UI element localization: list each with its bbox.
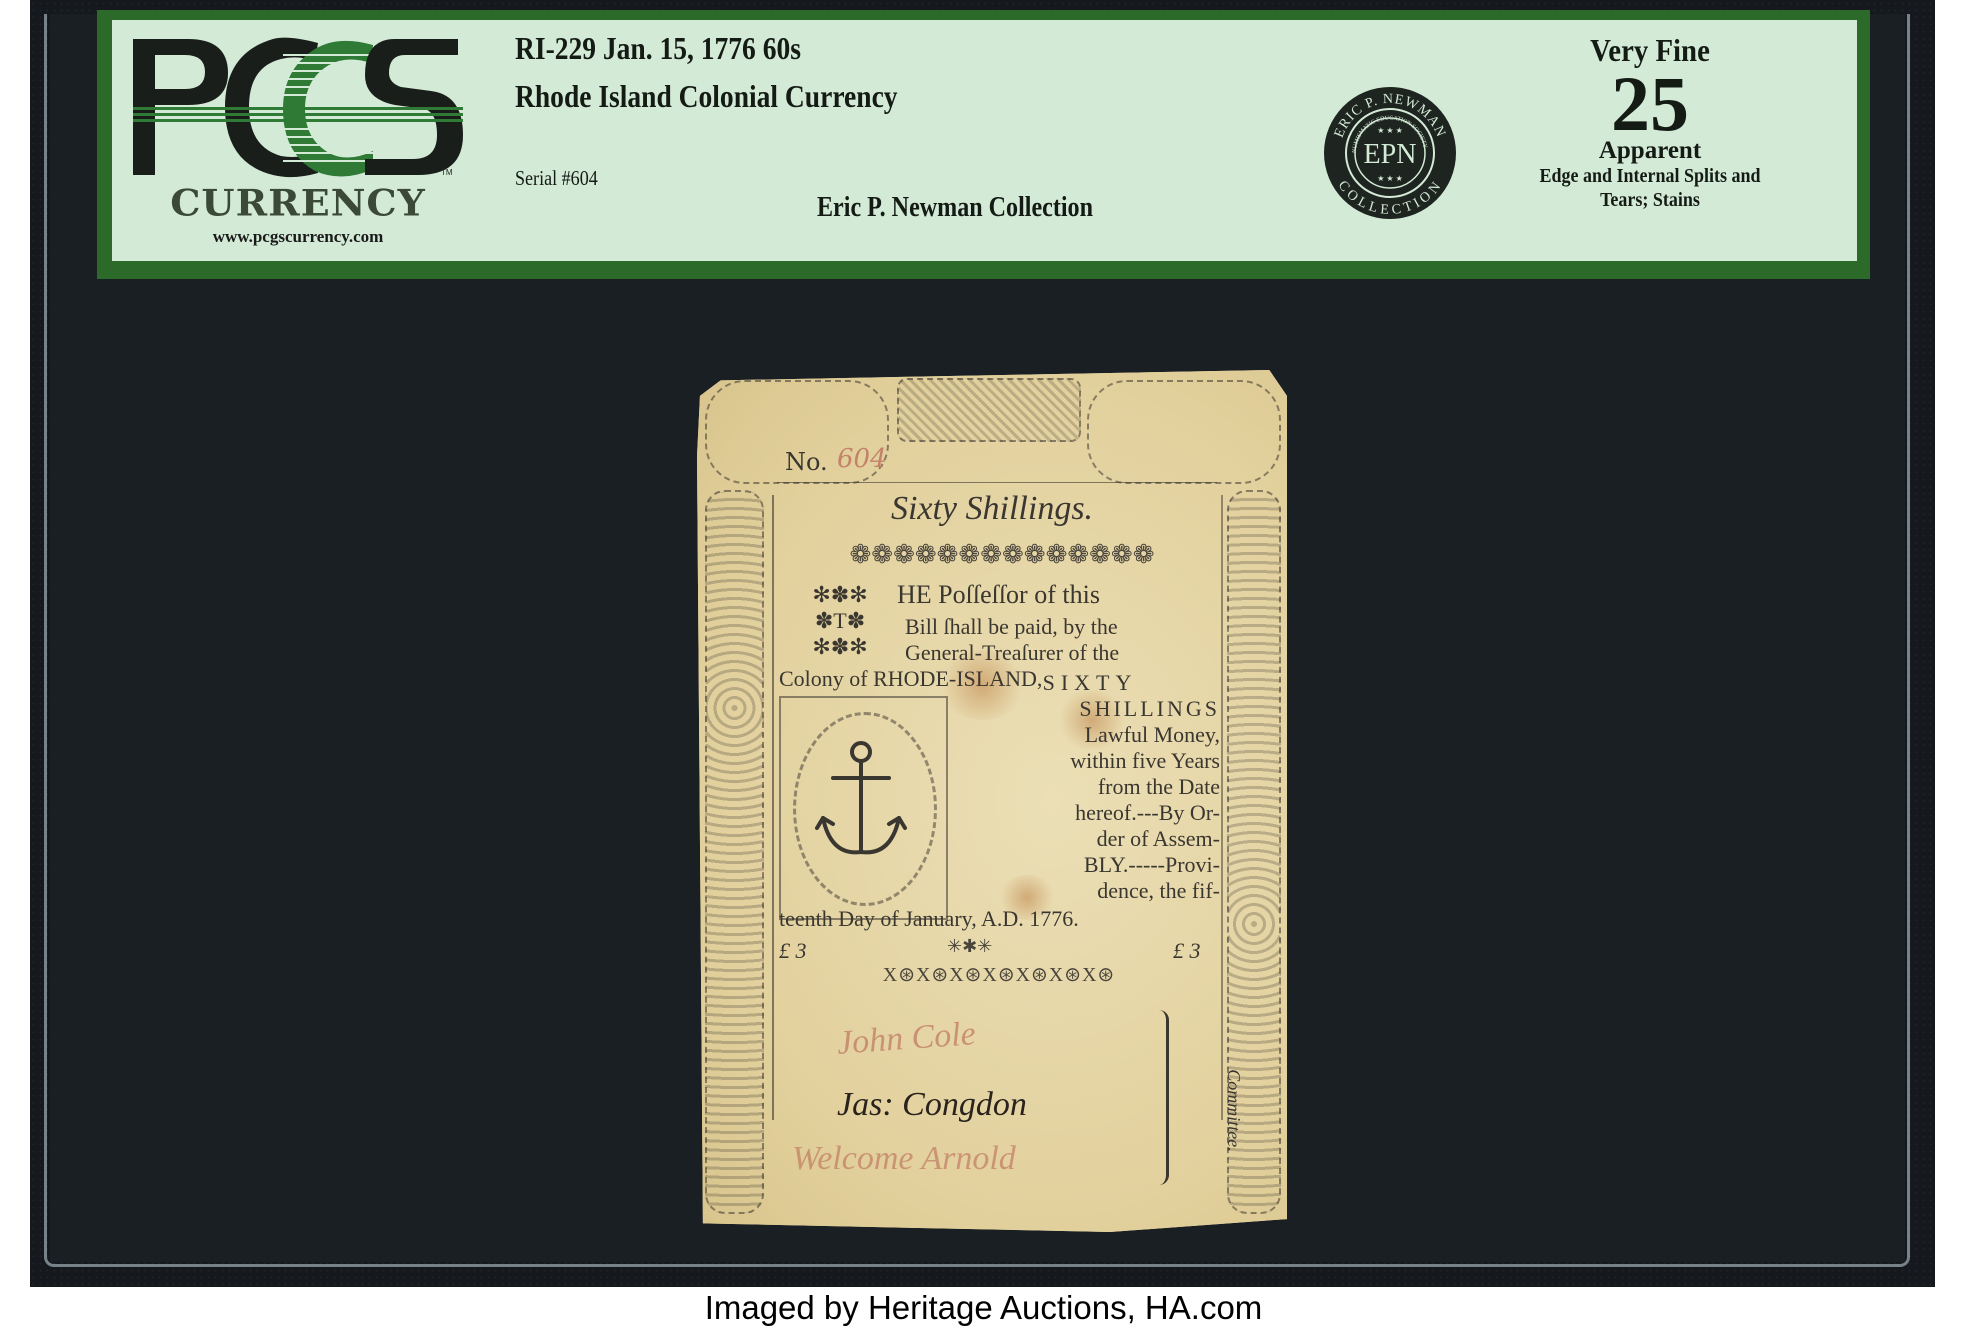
note-text-line: General-Treaſurer of the — [905, 640, 1119, 666]
note-text-line: dence, the fif- — [960, 878, 1220, 904]
banknote: No. 604 Sixty Shillings. ❁❁❁❁❁❁❁❁❁❁❁❁❁❁ … — [697, 370, 1287, 1232]
rule-line — [777, 482, 1217, 483]
signature: Jas: Congdon — [837, 1086, 1027, 1124]
note-number-label: No. — [785, 448, 828, 476]
pedigree-text: Eric P. Newman Collection — [817, 192, 1093, 224]
value-right: £ 3 — [1173, 938, 1201, 964]
catalog-title: RI-229 Jan. 15, 1776 60s — [515, 30, 801, 67]
signature: Welcome Arnold — [792, 1140, 1016, 1178]
note-date-line: teenth Day of January, A.D. 1776. — [779, 906, 1079, 932]
note-text-line: SHILLINGS — [960, 696, 1220, 722]
image-credit-caption: Imaged by Heritage Auctions, HA.com — [0, 1287, 1967, 1329]
logo-url: www.pcgscurrency.com — [133, 227, 463, 247]
rule-line — [1221, 495, 1223, 1120]
brace-bracket — [1152, 1010, 1169, 1185]
note-text-line: Bill ſhall be paid, by the — [905, 614, 1118, 640]
ornament-row: ✻✽✻ — [785, 582, 895, 608]
grade-number: 25 — [1480, 70, 1820, 138]
grade-qualifier: Apparent — [1480, 138, 1820, 164]
anchor-icon — [811, 738, 911, 868]
signature: John Cole — [836, 1015, 977, 1063]
grade-block: Very Fine 25 Apparent Edge and Internal … — [1480, 32, 1820, 212]
grade-comment-line2: Tears; Stains — [1497, 188, 1803, 212]
border-vine-icon — [705, 490, 764, 1214]
svg-text:EPN: EPN — [1364, 139, 1417, 170]
note-text-line: HE Poſſeſſor of this — [897, 580, 1100, 610]
pcgs-logo: TM CURRENCY www.pcgscurrency.com — [133, 35, 463, 250]
drop-cap-ornament: ✻✽✻ ✽T✽ ✻✽✻ — [785, 582, 895, 662]
value-left: £ 3 — [779, 938, 807, 964]
svg-text:★ ★ ★: ★ ★ ★ — [1377, 126, 1403, 135]
note-denomination: Sixty Shillings. — [697, 490, 1287, 528]
serial-number: Serial #604 — [515, 166, 598, 191]
note-text-line: within five Years — [960, 748, 1220, 774]
note-number-handwritten: 604 — [837, 444, 887, 474]
grade-word: Very Fine — [1497, 32, 1803, 68]
note-text-line: from the Date — [960, 774, 1220, 800]
note-text-line: der of Assem- — [960, 826, 1220, 852]
grade-comment-line1: Edge and Internal Splits and — [1497, 164, 1803, 188]
rosette-row-icon: ❁❁❁❁❁❁❁❁❁❁❁❁❁❁ — [797, 540, 1207, 570]
star-ornament-icon: ✳✱✳ — [947, 936, 992, 957]
svg-text:★ ★ ★: ★ ★ ★ — [1377, 174, 1403, 183]
trademark-mark: TM — [441, 168, 453, 177]
ornament-row: ✻✽✻ — [785, 634, 895, 660]
note-text-line: BLY.-----Provi- — [960, 852, 1220, 878]
epn-seal-icon: ERIC P. NEWMAN COLLECTION NUMISMATIC EDU… — [1322, 85, 1458, 221]
ornament-band-icon: X⊛X⊛X⊛X⊛X⊛X⊛X⊛ — [779, 962, 1219, 987]
committee-label: Committee. — [1223, 1069, 1244, 1152]
scroll-ornament-icon — [1087, 380, 1281, 484]
ornament-row: ✽T✽ — [785, 608, 895, 634]
pcgs-logo-icon — [133, 35, 463, 185]
catalog-subtitle: Rhode Island Colonial Currency — [515, 78, 898, 115]
note-text-line: SIXTY — [960, 670, 1220, 696]
note-text-line: Lawful Money, — [960, 722, 1220, 748]
rule-line — [772, 495, 774, 1120]
anchor-vignette-icon — [779, 696, 948, 920]
foliage-ornament-icon — [897, 378, 1081, 442]
logo-currency-text: CURRENCY — [133, 181, 463, 224]
note-text-line: hereof.---By Or- — [960, 800, 1220, 826]
